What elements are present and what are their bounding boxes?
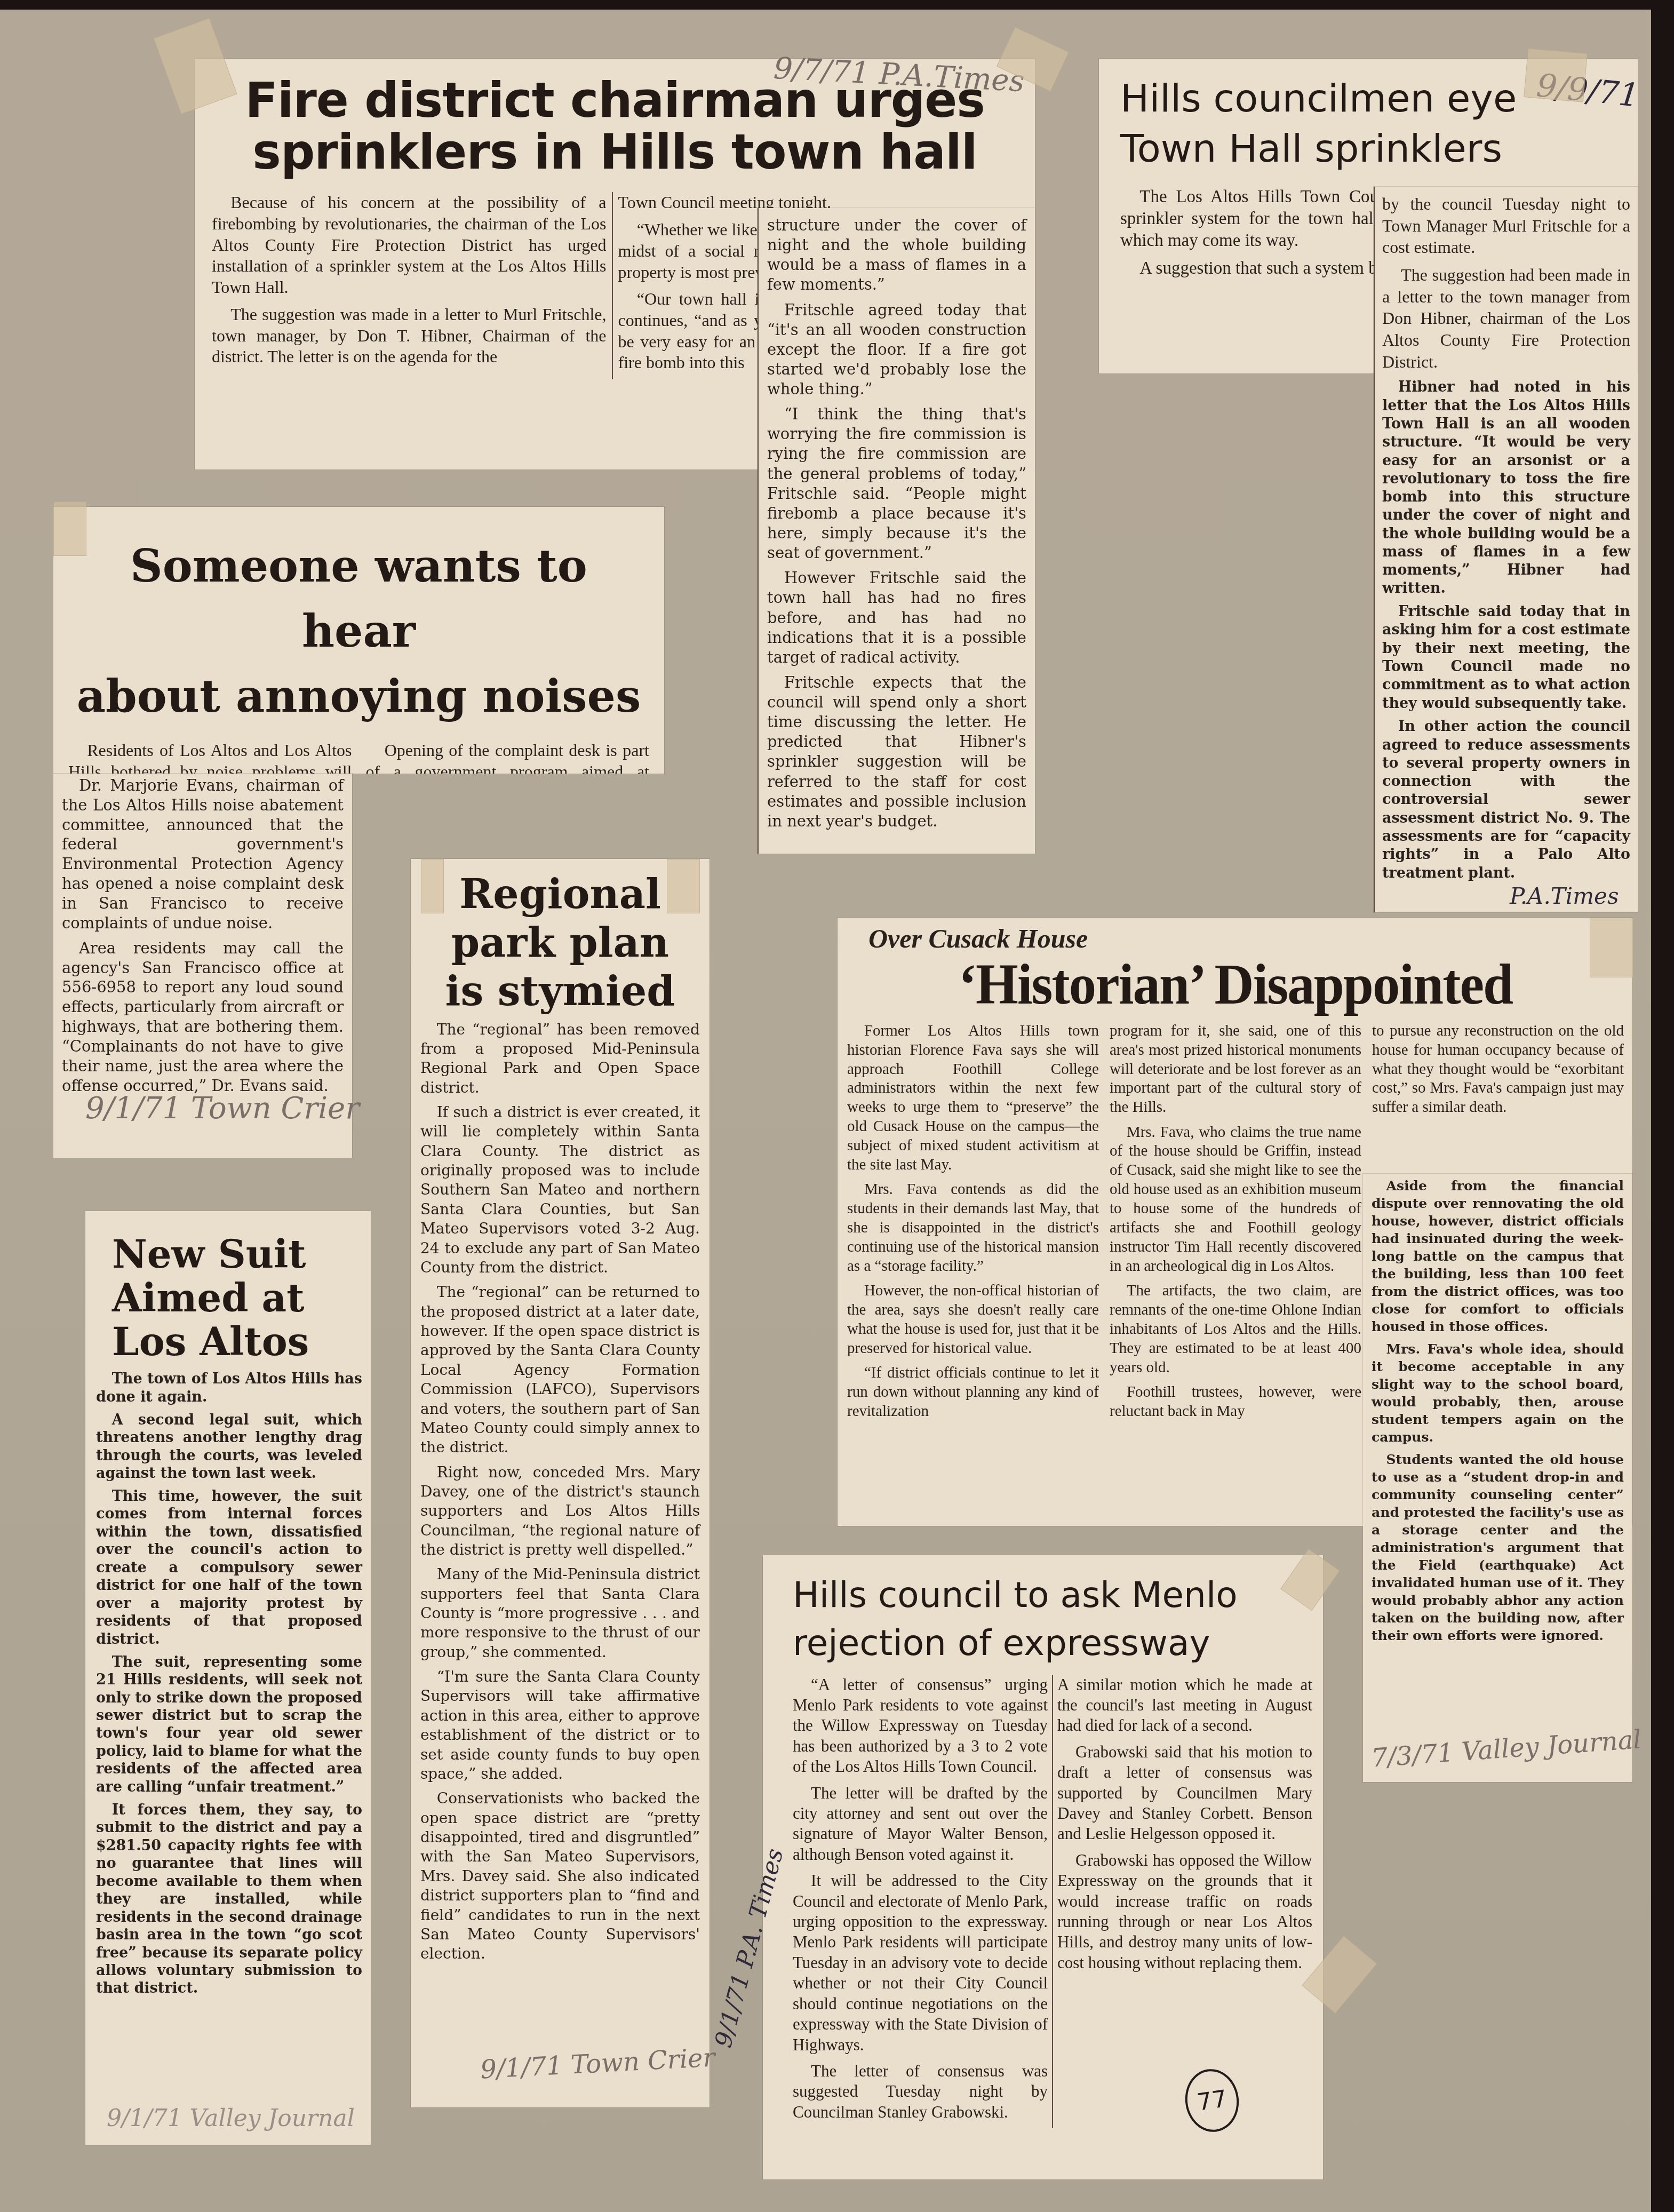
handwritten-source: P.A.Times — [1510, 883, 1619, 909]
column-1: Because of his concern at the possibilit… — [212, 192, 612, 379]
column-1-continued: Dr. Marjorie Evans, chairman of the Los … — [62, 776, 344, 1095]
clipping-fire-district-continued: structure under the cover of night and t… — [758, 208, 1035, 854]
column-2: program for it, she said, one of this ar… — [1110, 1022, 1361, 1427]
headline: Regional park plan is stymied — [420, 870, 700, 1016]
clipping-hills-councilmen-continued: by the council Tuesday night to Town Man… — [1374, 187, 1638, 912]
column-1: Former Los Altos Hills town historian Fl… — [847, 1022, 1099, 1427]
column-2: by the council Tuesday night to Town Man… — [1382, 193, 1630, 882]
article-body: Residents of Los Altos and Los Altos Hil… — [68, 740, 649, 774]
column-3-continued: Aside from the financial dispute over re… — [1372, 1177, 1624, 1644]
column-1: Residents of Los Altos and Los Altos Hil… — [68, 740, 364, 774]
column-2: A similar motion which he made at the co… — [1052, 1675, 1312, 2129]
column-1: “A letter of consensus” urging Menlo Par… — [793, 1675, 1052, 2129]
tape-piece — [421, 859, 444, 913]
clipping-historian-continued: Aside from the financial dispute over re… — [1363, 1174, 1632, 1782]
handwritten-date-source: 9/1/71 Town Crier — [85, 1091, 360, 1126]
article-body: “A letter of consensus” urging Menlo Par… — [793, 1675, 1312, 2129]
headline: New Suit Aimed at Los Altos — [96, 1232, 362, 1364]
clipping-menlo-expressway: Hills council to ask Menlo rejection of … — [763, 1555, 1323, 2179]
article-body: The “regional” has been removed from a p… — [420, 1020, 700, 1964]
headline: Hills council to ask Menlo rejection of … — [793, 1571, 1312, 1667]
clipping-regional-park: Regional park plan is stymied The “regio… — [411, 859, 710, 2107]
headline: ‘Historian’ Disappointed — [866, 954, 1604, 1016]
column-2: Opening of the complaint desk is part of… — [364, 740, 650, 774]
clipping-annoying-noises: Someone wants to hear about annoying noi… — [53, 507, 664, 774]
tape-piece — [667, 859, 700, 913]
kicker: Over Cusack House — [868, 923, 1624, 954]
column-3: structure under the cover of night and t… — [767, 216, 1026, 831]
tape-piece — [1524, 48, 1588, 102]
handwritten-date-source: 9/1/71 Valley Journal — [107, 2105, 355, 2132]
tape-piece — [53, 502, 86, 556]
article-body: The town of Los Altos Hills has done it … — [96, 1370, 362, 1998]
tape-piece — [1590, 918, 1633, 977]
headline: Someone wants to hear about annoying noi… — [68, 534, 649, 728]
clipping-new-suit: New Suit Aimed at Los Altos The town of … — [85, 1211, 371, 2145]
